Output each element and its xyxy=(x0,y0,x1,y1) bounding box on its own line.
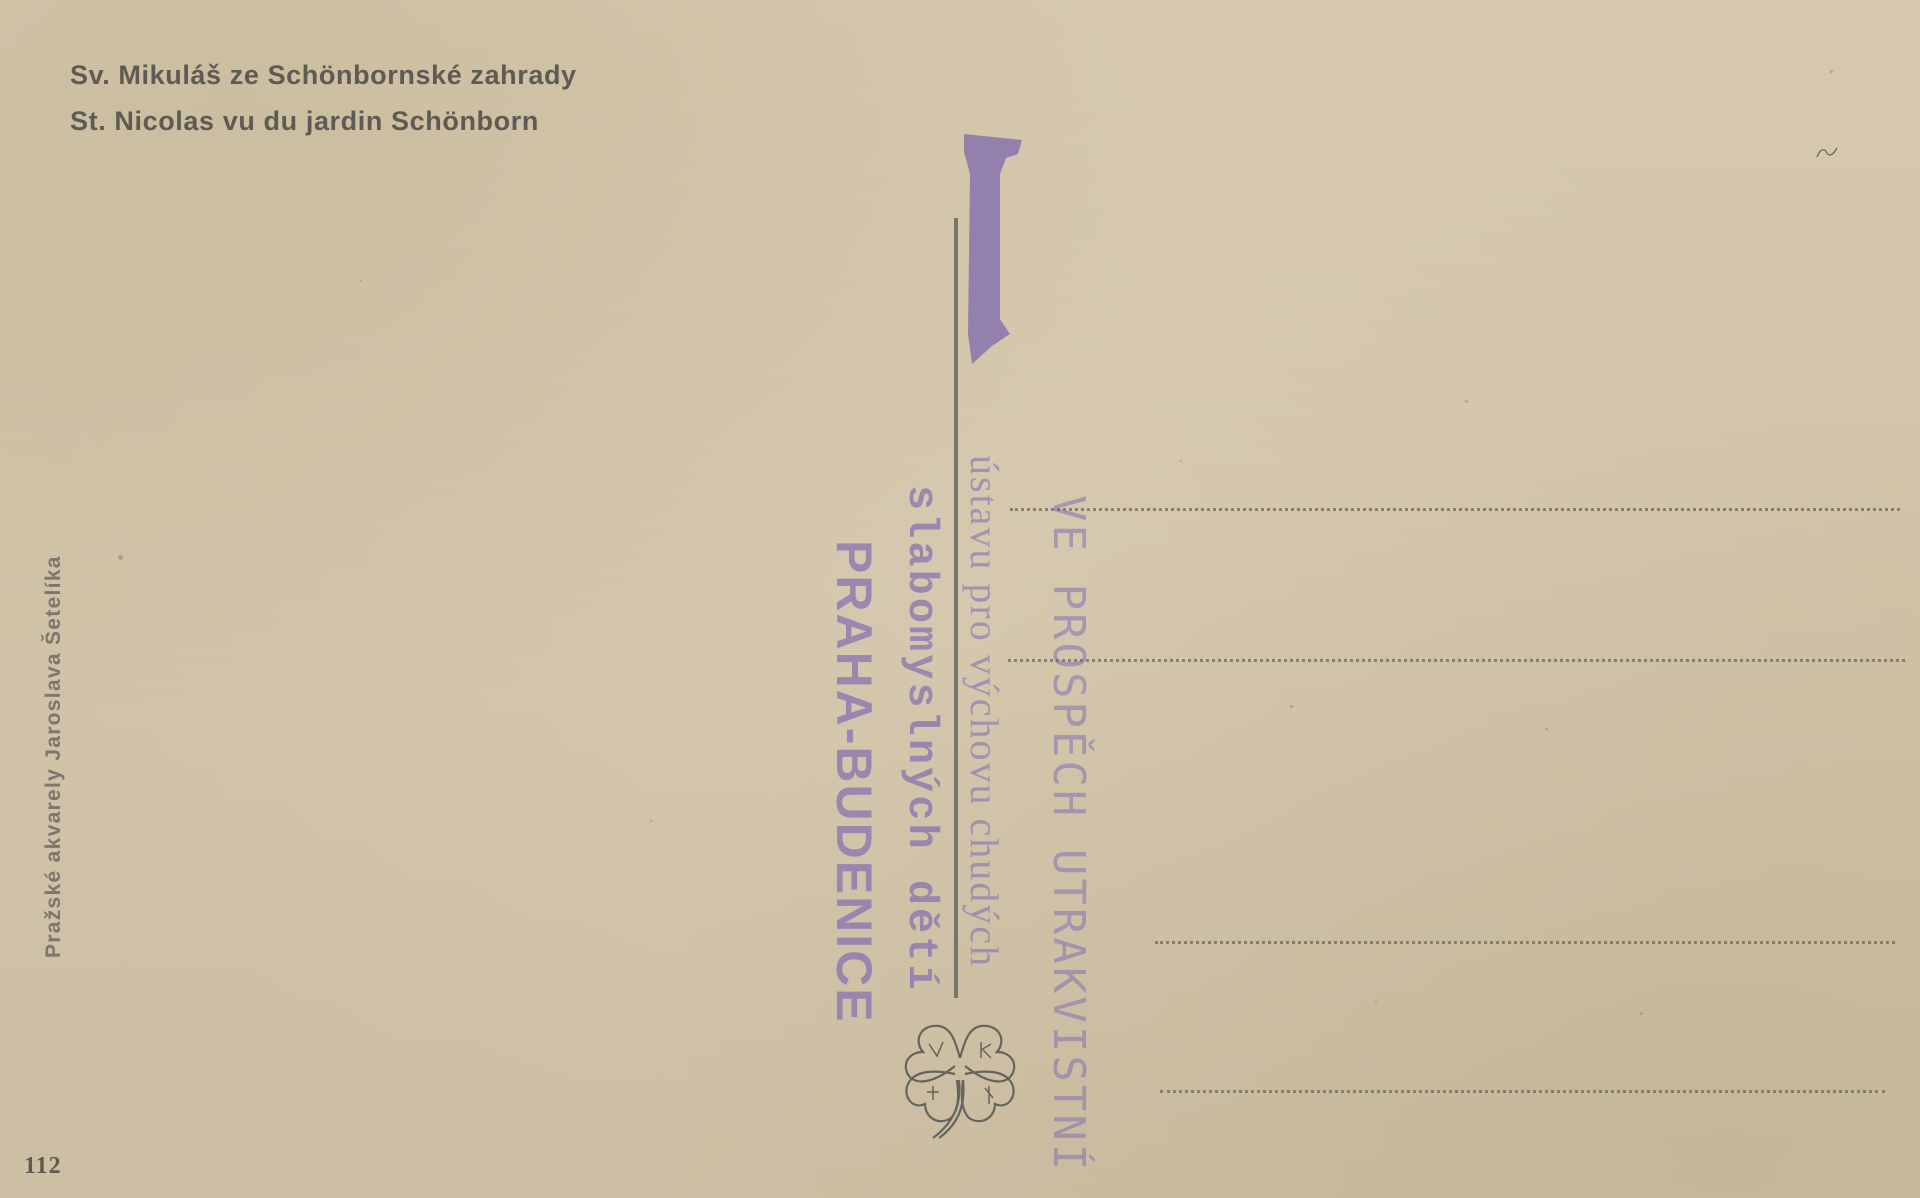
address-divider-line xyxy=(954,218,958,998)
four-leaf-clover-icon xyxy=(895,1000,1025,1140)
address-line-3 xyxy=(1155,941,1895,944)
stamp-text-line-3: slabomyslných dětí xyxy=(897,485,945,993)
address-line-1 xyxy=(1010,508,1900,511)
stray-pen-mark xyxy=(1815,145,1840,160)
stamp-text-line-2: ústavu pro výchovu chudých xyxy=(961,455,1008,968)
series-credit: Pražské akvarely Jaroslava Šetelíka xyxy=(42,555,66,958)
address-line-4 xyxy=(1160,1090,1885,1093)
postcard-title-czech: Sv. Mikuláš ze Schönbornské zahrady xyxy=(70,60,577,91)
postcard-title-french: St. Nicolas vu du jardin Schönborn xyxy=(70,106,539,137)
stamp-text-line-4: PRAHA-BUDENICE xyxy=(825,540,883,1024)
card-number: 112 xyxy=(24,1153,62,1180)
stamp-text-line-1: VE PROSPĚCH UTRAKVISTNÍ xyxy=(1043,495,1094,1173)
address-line-2 xyxy=(1008,659,1905,662)
stamp-bar-mark xyxy=(962,134,1022,364)
